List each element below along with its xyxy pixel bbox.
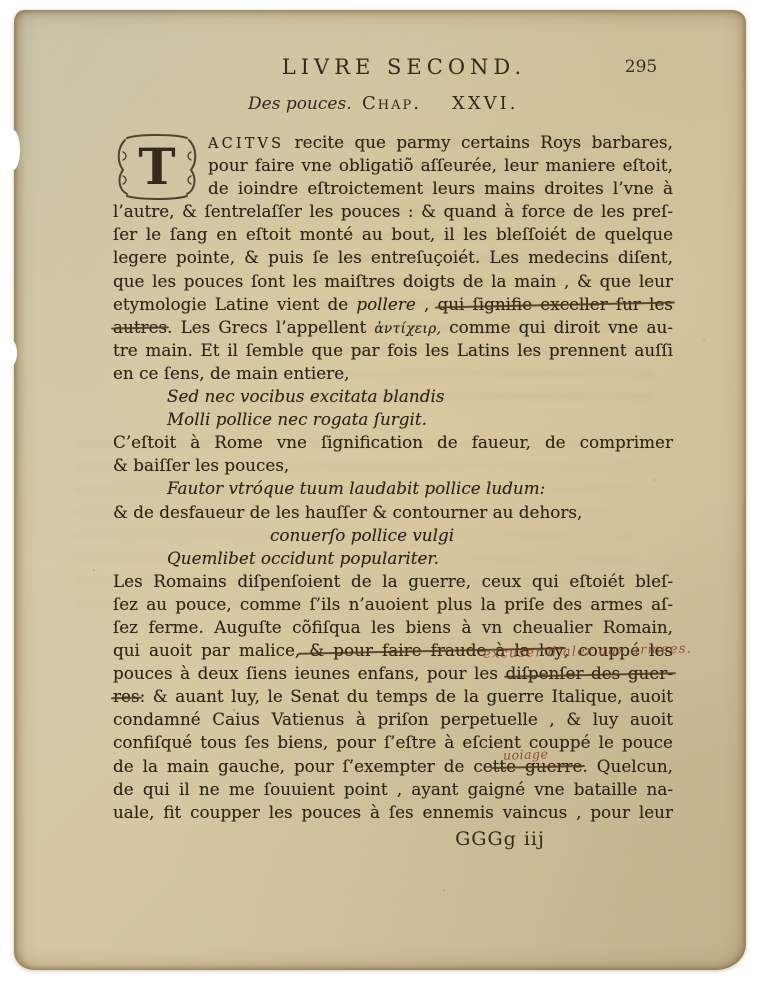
text-line: C’eſtoit à Rome vne ſignification de fau… (113, 431, 673, 454)
struck-text: autres (113, 317, 167, 337)
text-line: ſer le ſang en eſtoit monté au bout, il … (113, 223, 673, 246)
text-segment: ACITVS (208, 136, 284, 152)
text-segment: : & auant luy, le Senat du temps de la g… (140, 686, 673, 706)
text-segment: tre main. Et il ſemble que par fois les … (113, 340, 673, 360)
text-line: & baiſſer les pouces, (113, 454, 673, 477)
text-segment: de qui il ne me ſouuient point , ayant g… (113, 779, 673, 799)
text-line: Quemlibet occidunt populariter. (113, 547, 673, 570)
text-segment: ἀντίχειρ, (374, 321, 441, 337)
running-header: LIVRE SECOND. (224, 55, 584, 79)
text-segment: que les pouces ſont les maiſtres doigts … (113, 271, 673, 291)
handwritten-interline-note: uoiage (503, 742, 549, 767)
text-segment: Molli pollice nec rogata ſurgit. (167, 409, 427, 429)
text-segment: legere pointe, & puis ſe les entreſuçoié… (113, 247, 673, 267)
text-line: Fautor vtróque tuum laudabit pollice lud… (113, 477, 673, 500)
text-line: ſez au pouce, comme ſ’ils n’auoient plus… (113, 593, 673, 616)
text-segment: confiſqué tous ſes biens, pour ſ’eſtre à… (113, 732, 673, 752)
struck-text: diſpenſer des guer- (506, 663, 674, 683)
text-line: que les pouces ſont les maiſtres doigts … (113, 270, 673, 293)
text-segment: comme qui diroit vne au- (441, 317, 673, 337)
text-segment: Les Romains diſpenſoient de la guerre, c… (113, 571, 673, 591)
text-line: & de desfaueur de les hauſſer & contourn… (113, 501, 673, 524)
page-edge-chip (6, 130, 20, 170)
text-line: de la main gauche, pour ſ’exempter de ce… (113, 755, 673, 778)
text-segment: pour faire vne obligatiõ aſſeurée, leur … (208, 155, 673, 175)
text-segment: qui auoit par malice, (113, 640, 300, 660)
book-page: LIVRE SECOND. 295 Des pouces. Chap. XXVI… (14, 10, 746, 970)
body-text: T ACITVS recite que parmy certains Roys … (113, 131, 673, 871)
text-segment: Quemlibet occidunt populariter. (167, 548, 439, 568)
text-line: conuerſo pollice vulgi (113, 524, 673, 547)
text-line: res: & auant luy, le Senat du temps de l… (113, 685, 673, 708)
text-line: l’autre, & ſentrelaſſer les pouces : & q… (113, 200, 673, 223)
chapter-label: Chap. (362, 93, 421, 114)
text-segment: . Les Grecs l’appellent (167, 317, 374, 337)
text-segment: & de desfaueur de les hauſſer & contourn… (113, 502, 582, 522)
text-line: de qui il ne me ſouuient point , ayant g… (113, 778, 673, 801)
text-segment: Fautor vtróque tuum laudabit pollice lud… (167, 478, 545, 498)
text-segment: pollere (356, 294, 415, 314)
text-segment: etymologie Latine vient de (113, 294, 356, 314)
text-line: autres. Les Grecs l’appellent ἀντίχειρ, … (113, 316, 673, 339)
text-line: en ce ſens, de main entiere, (113, 362, 673, 385)
text-line: tre main. Et il ſemble que par fois les … (113, 339, 673, 362)
text-segment: C’eſtoit à Rome vne ſignification de fau… (113, 432, 673, 452)
signature-mark: GGGg iij (400, 828, 600, 850)
text-segment: condamné Caius Vatienus à priſon perpetu… (113, 709, 673, 729)
text-segment: & baiſſer les pouces, (113, 455, 289, 475)
text-segment: ſer le ſang en eſtoit monté au bout, il … (113, 224, 673, 244)
struck-text: tte guerreuoiage (493, 756, 583, 776)
chapter-subject: Des pouces. (248, 94, 352, 114)
text-segment: Sed nec vocibus excitata blandis (167, 386, 444, 406)
text-segment: recite que parmy certains Roys barbares, (284, 132, 673, 152)
text-line: de ioindre eſtroictement leurs mains dro… (113, 177, 673, 200)
text-line: Molli pollice nec rogata ſurgit. (113, 408, 673, 431)
chapter-heading: Des pouces. Chap. XXVI. (14, 93, 746, 119)
text-line: condamné Caius Vatienus à priſon perpetu… (113, 708, 673, 731)
text-segment: , (416, 294, 438, 314)
text-line: confiſqué tous ſes biens, pour ſ’eſtre à… (113, 731, 673, 754)
text-segment: en ce ſens, de main entiere, (113, 363, 349, 383)
text-segment: de ioindre eſtroictement leurs mains dro… (208, 178, 673, 198)
text-line: pour faire vne obligatiõ aſſeurée, leur … (113, 154, 673, 177)
text-segment: l’autre, & ſentrelaſſer les pouces : & q… (113, 201, 673, 221)
text-line: uale, fit coupper les pouces à ſes ennem… (113, 801, 673, 824)
text-segment: . Quelcun, (583, 756, 674, 776)
text-segment: ſez ferme. Auguſte cõfiſqua les biens à … (113, 617, 673, 637)
page-number: 295 (606, 57, 676, 77)
text-line: ACITVS recite que parmy certains Roys ba… (113, 131, 673, 154)
text-line: pouces à deux ſiens ieunes enfans, pour … (113, 662, 673, 685)
body-lines: ACITVS recite que parmy certains Roys ba… (113, 131, 673, 824)
text-segment: conuerſo pollice vulgi (270, 525, 454, 545)
page-edge-chip (5, 340, 17, 366)
text-line: Les Romains diſpenſoient de la guerre, c… (113, 570, 673, 593)
text-line: Sed nec vocibus excitata blandis (113, 385, 673, 408)
text-segment: pouces à deux ſiens ieunes enfans, pour … (113, 663, 506, 683)
text-line: etymologie Latine vient de pollere , qui… (113, 293, 673, 316)
text-segment: de la main gauche, pour ſ’exempter de ce (113, 756, 493, 776)
text-segment: uale, fit coupper les pouces à ſes ennem… (113, 802, 673, 822)
struck-text: qui ſignifie exceller ſur les (437, 294, 673, 314)
text-line: legere pointe, & puis ſe les entreſuçoié… (113, 246, 673, 269)
scan-background: { "page": { "header": { "title": "LIVRE … (0, 0, 768, 985)
struck-text: res (113, 686, 140, 706)
chapter-number: XXVI. (452, 93, 518, 114)
text-line: ſez ferme. Auguſte cõfiſqua les biens à … (113, 616, 673, 639)
text-segment: ſez au pouce, comme ſ’ils n’auoient plus… (113, 594, 673, 614)
